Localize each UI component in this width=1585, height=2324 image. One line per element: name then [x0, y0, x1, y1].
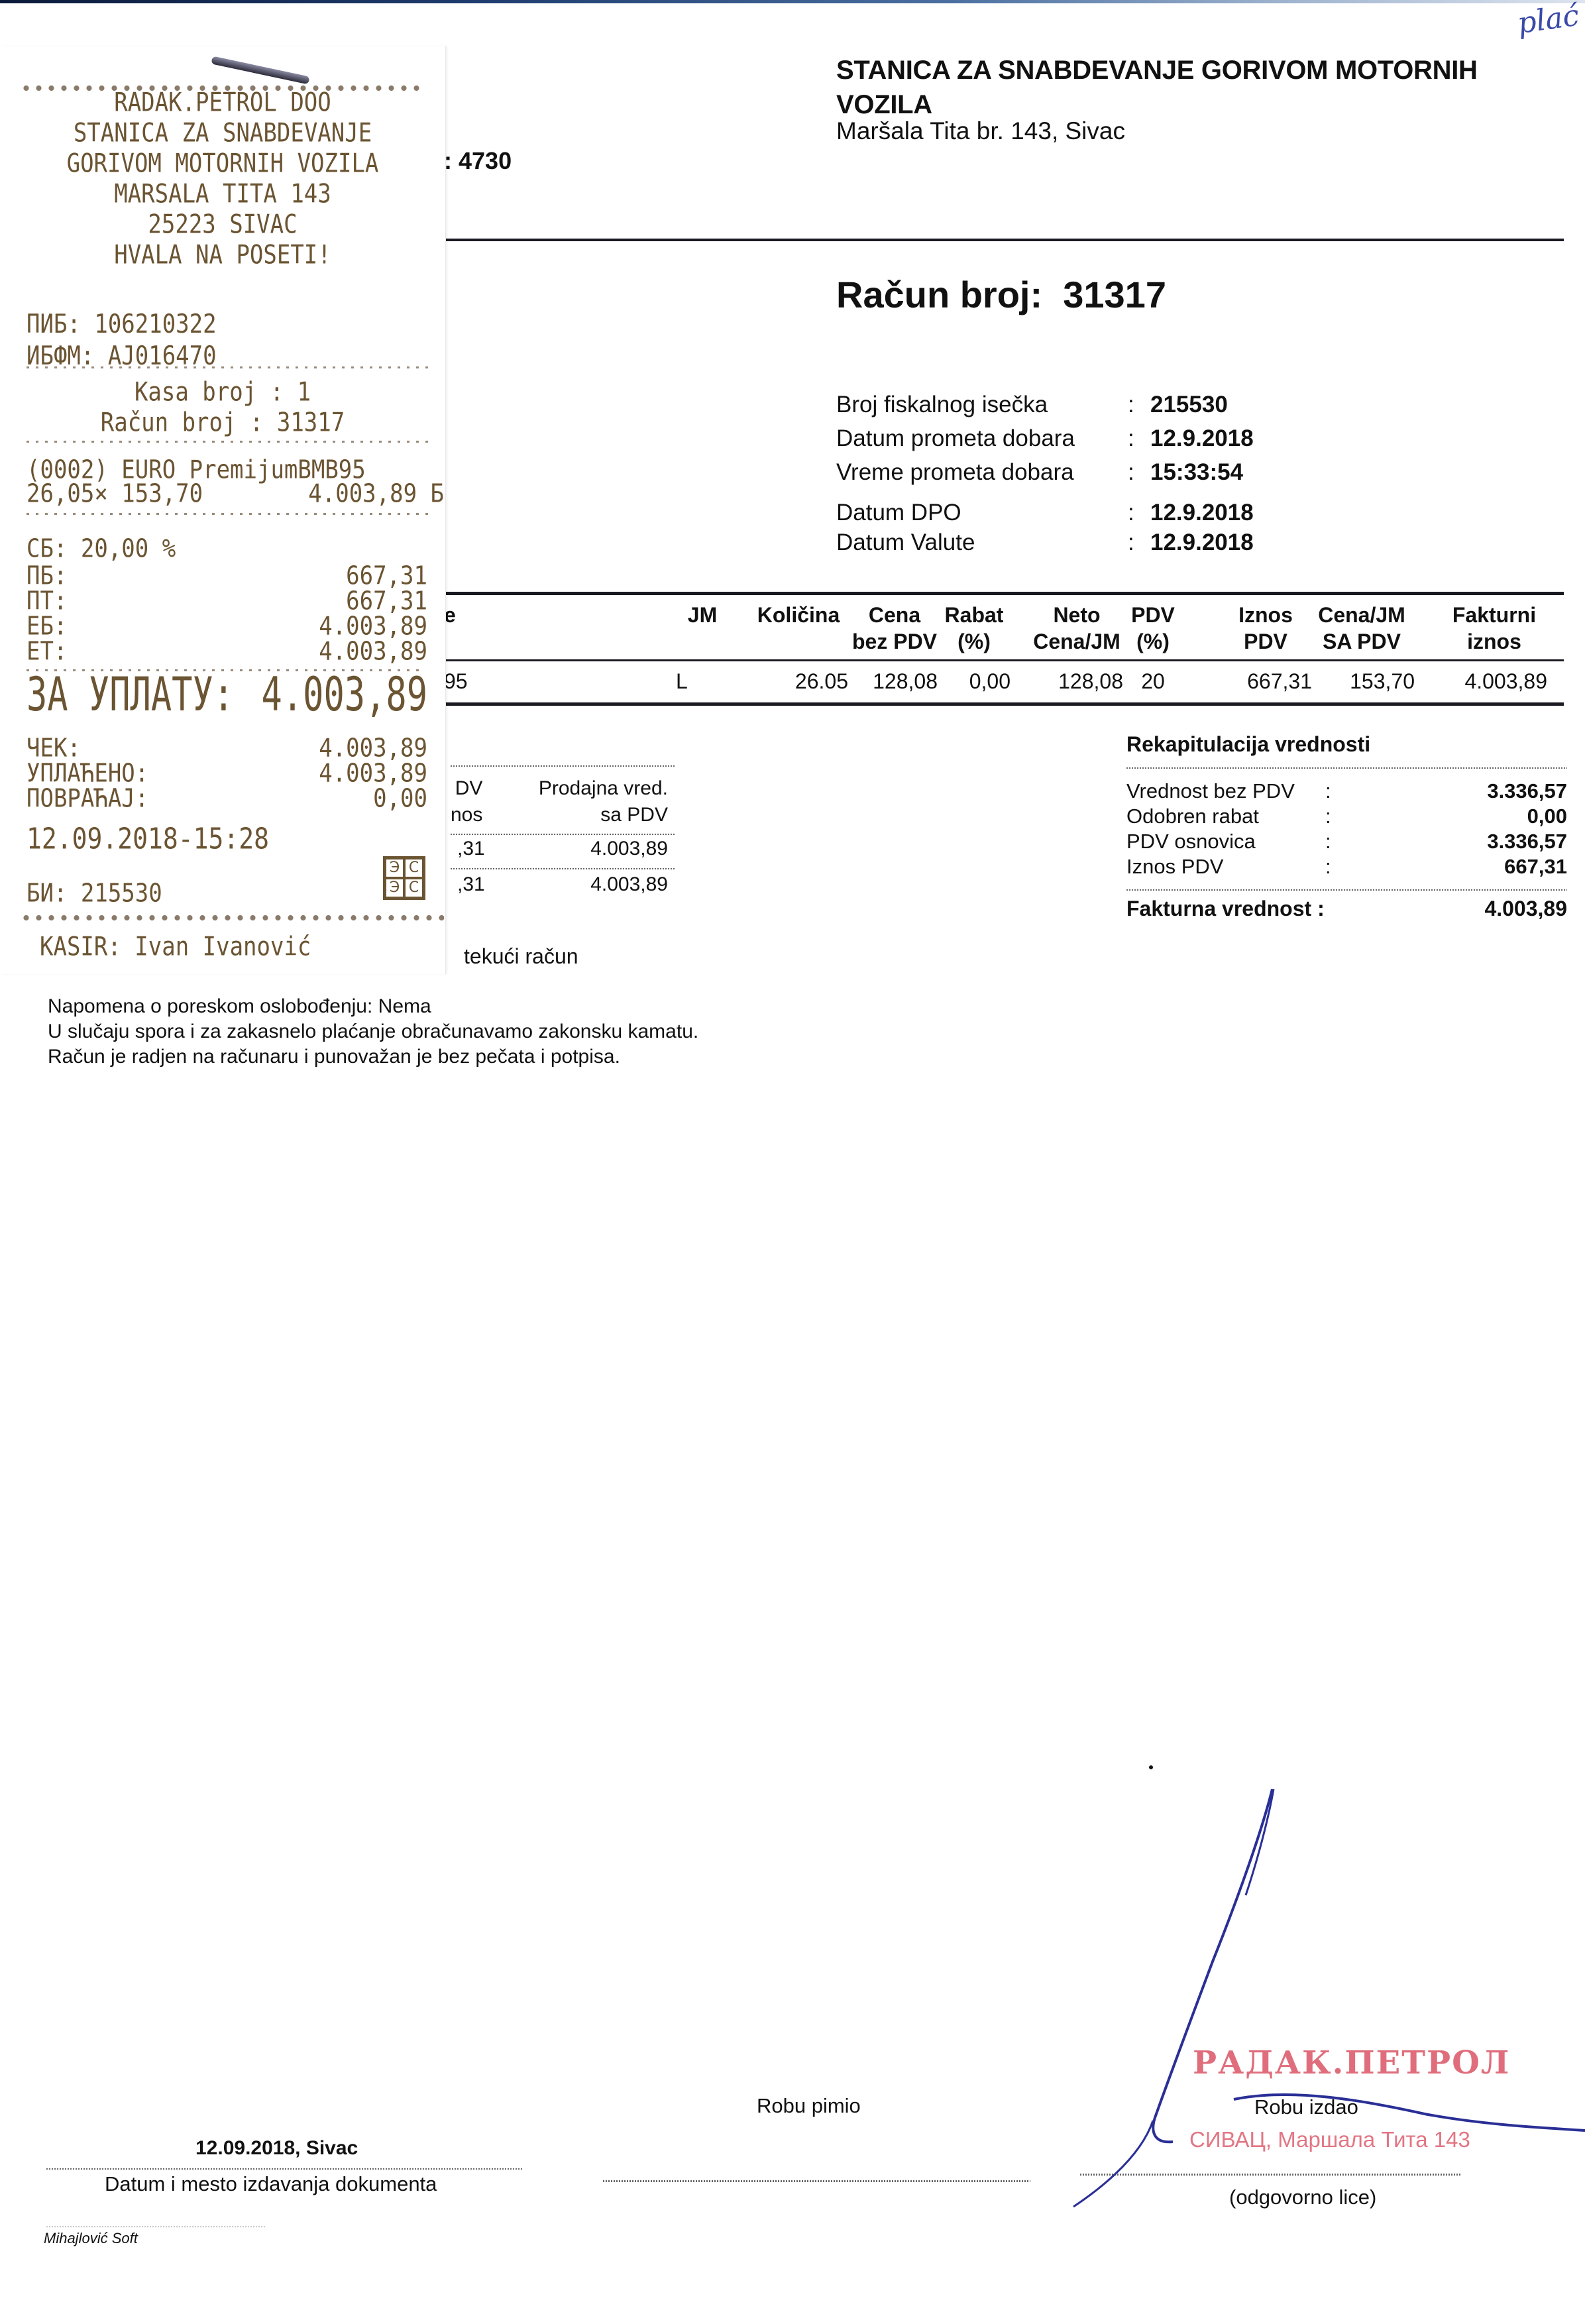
scan-top-edge	[0, 0, 1585, 3]
tax-col2-header: Prodajna vred.sa PDV	[504, 775, 668, 828]
software-line	[46, 2227, 265, 2227]
invoice-number: 31317	[1063, 274, 1166, 315]
receipt-datetime: 12.09.2018-15:28	[27, 822, 269, 856]
pen-mark-icon	[211, 56, 309, 85]
receipt-total-label: ЗА УПЛАТУ:	[27, 678, 234, 712]
col-header-neto-cena: NetoCena/JM	[1030, 602, 1123, 655]
col-header-kolicina: Količina	[749, 602, 848, 655]
receipt-tax-ids: ПИБ: 106210322 ИБФМ: AJ016470	[27, 308, 217, 372]
receipt-item-line: 26,05× 153,70 4.003,89 Б	[27, 480, 444, 508]
receipt-header: RADAK.PETROL DOO STANICA ZA SNABDEVANJE …	[0, 87, 445, 270]
meta-row: Datum prometa dobara:12.9.2018	[836, 421, 1254, 455]
company-address: Maršala Tita br. 143, Sivac	[836, 117, 1125, 146]
receipt-tax-rate: СБ: 20,00 %	[27, 534, 176, 564]
receipt-bi: БИ: 215530	[27, 879, 162, 909]
cell-jm: L	[676, 668, 729, 694]
receipt-pay-line: ПОВРАЋАЈ:0,00	[27, 785, 427, 813]
col-header-cena-sa-pdv: Cena/JMSA PDV	[1309, 602, 1415, 655]
issued-signature-line	[1080, 2174, 1461, 2176]
invoice-meta: Broj fiskalnog isečka:215530 Datum prome…	[836, 388, 1254, 559]
receipt-total: ЗА УПЛАТУ: 4.003,89	[27, 678, 427, 712]
issued-by-label: Robu izdao	[1254, 2095, 1358, 2119]
meta-row: Broj fiskalnog isečka:215530	[836, 388, 1254, 421]
tax-col1-header: DVnos	[451, 775, 482, 828]
recap-total-label: Fakturna vrednost :	[1126, 897, 1325, 921]
note-line: Račun je radjen na računaru i punovažan …	[48, 1044, 698, 1070]
receipt-pib: ПИБ: 106210322	[27, 308, 217, 340]
tax-summary-rule	[451, 765, 676, 767]
receipt-cashier: KASIR: Ivan Ivanović	[40, 932, 311, 962]
cell-iznos-pdv: 667,31	[1219, 668, 1312, 694]
tax-summary-rule	[451, 834, 676, 835]
col-header-jm: JM	[676, 602, 729, 655]
receipt-invoice-number: Račun broj : 31317	[0, 408, 445, 438]
tax-total-prodajna: 4.003,89	[543, 873, 668, 896]
recap-list: Vrednost bez PDV:3.336,57 Odobren rabat:…	[1126, 779, 1567, 879]
tax-summary-rule	[451, 868, 676, 869]
receipt-register-info: Kasa broj : 1 Račun broj : 31317	[0, 377, 445, 438]
note-line: U slučaju spora i za zakasnelo plaćanje …	[48, 1019, 698, 1044]
cell-cena-bez-pdv: 128,08	[851, 668, 938, 694]
invoice-notes: Napomena o poreskom oslobođenju: Nema U …	[48, 994, 698, 1070]
receipt-tax-line: ЕТ:4.003,89	[27, 637, 427, 666]
table-top-rule	[444, 592, 1564, 595]
handwritten-note: plać	[1515, 0, 1581, 40]
cell-fakturni-iznos: 4.003,89	[1441, 668, 1547, 694]
note-line: Napomena o poreskom oslobođenju: Nema	[48, 994, 698, 1019]
table-bottom-rule	[444, 702, 1564, 706]
col-header-cena-bez-pdv: Cenabez PDV	[851, 602, 938, 655]
payment-method-partial: tekući račun	[464, 944, 578, 969]
receipt-total-value: 4.003,89	[262, 678, 427, 712]
receipt-dash-divider	[27, 366, 431, 368]
receipt-dash-divider	[27, 513, 431, 515]
fiscal-receipt: RADAK.PETROL DOO STANICA ZA SNABDEVANJE …	[0, 46, 446, 974]
table-header-rule	[444, 659, 1564, 661]
issue-date-place: 12.09.2018, Sivac	[195, 2137, 358, 2160]
invoice-title-label: Račun broj:	[836, 274, 1042, 315]
responsible-person-label: (odgovorno lice)	[1229, 2186, 1376, 2209]
invoice-title: Račun broj: 31317	[836, 273, 1166, 316]
issue-date-place-label: Datum i mesto izdavanja dokumenta	[105, 2172, 437, 2196]
receipt-dotted-divider	[20, 914, 444, 921]
received-signature-line	[603, 2180, 1030, 2182]
recap-total: Fakturna vrednost : 4.003,89	[1126, 897, 1567, 921]
col-header-rabat: Rabat(%)	[938, 602, 1011, 655]
tax-row-iznos: ,31	[457, 838, 485, 860]
recap-rule	[1126, 889, 1567, 891]
company-stamp-name: РАДАК.ПЕТРОЛ	[1193, 2044, 1510, 2081]
receipt-register-number: Kasa broj : 1	[0, 377, 445, 408]
recap-rule	[1126, 767, 1567, 769]
company-stamp-address: СИВАЦ, Маршала Тита 143	[1189, 2127, 1470, 2152]
tax-row-prodajna: 4.003,89	[543, 838, 668, 860]
header-divider	[437, 239, 1564, 241]
cell-cena-sa-pdv: 153,70	[1309, 668, 1415, 694]
cell-pdv-pct: 20	[1126, 668, 1179, 694]
col-header-fakturni-iznos: Fakturniiznos	[1441, 602, 1547, 655]
date-place-line	[46, 2168, 523, 2170]
meta-row: Vreme prometa dobara:15:33:54	[836, 455, 1254, 489]
software-credit: Mihajlović Soft	[44, 2230, 138, 2247]
cell-neto-cena: 128,08	[1030, 668, 1123, 694]
cell-kolicina: 26.05	[749, 668, 848, 694]
col-header-iznos-pdv: IznosPDV	[1219, 602, 1312, 655]
receipt-dash-divider	[27, 441, 431, 443]
recap-total-value: 4.003,89	[1484, 897, 1567, 921]
recap-row: Vrednost bez PDV:3.336,57	[1126, 779, 1567, 804]
received-by-label: Robu pimio	[757, 2094, 861, 2118]
col-header-pdv-pct: PDV(%)	[1126, 602, 1179, 655]
meta-row: Datum DPO:12.9.2018	[836, 496, 1254, 529]
coat-of-arms-icon: Э С Э С	[383, 856, 425, 900]
recap-row: PDV osnovica:3.336,57	[1126, 829, 1567, 854]
meta-row: Datum Valute:12.9.2018	[836, 526, 1254, 559]
cell-item-name: 95	[444, 668, 468, 694]
cell-rabat: 0,00	[938, 668, 1011, 694]
company-name: STANICA ZA SNABDEVANJE GORIVOM MOTORNIH …	[836, 53, 1539, 122]
recap-title: Rekapitulacija vrednosti	[1126, 732, 1370, 757]
tax-total-iznos: ,31	[457, 873, 485, 896]
recap-row: Iznos PDV:667,31	[1126, 854, 1567, 879]
recap-row: Odobren rabat:0,00	[1126, 804, 1567, 829]
